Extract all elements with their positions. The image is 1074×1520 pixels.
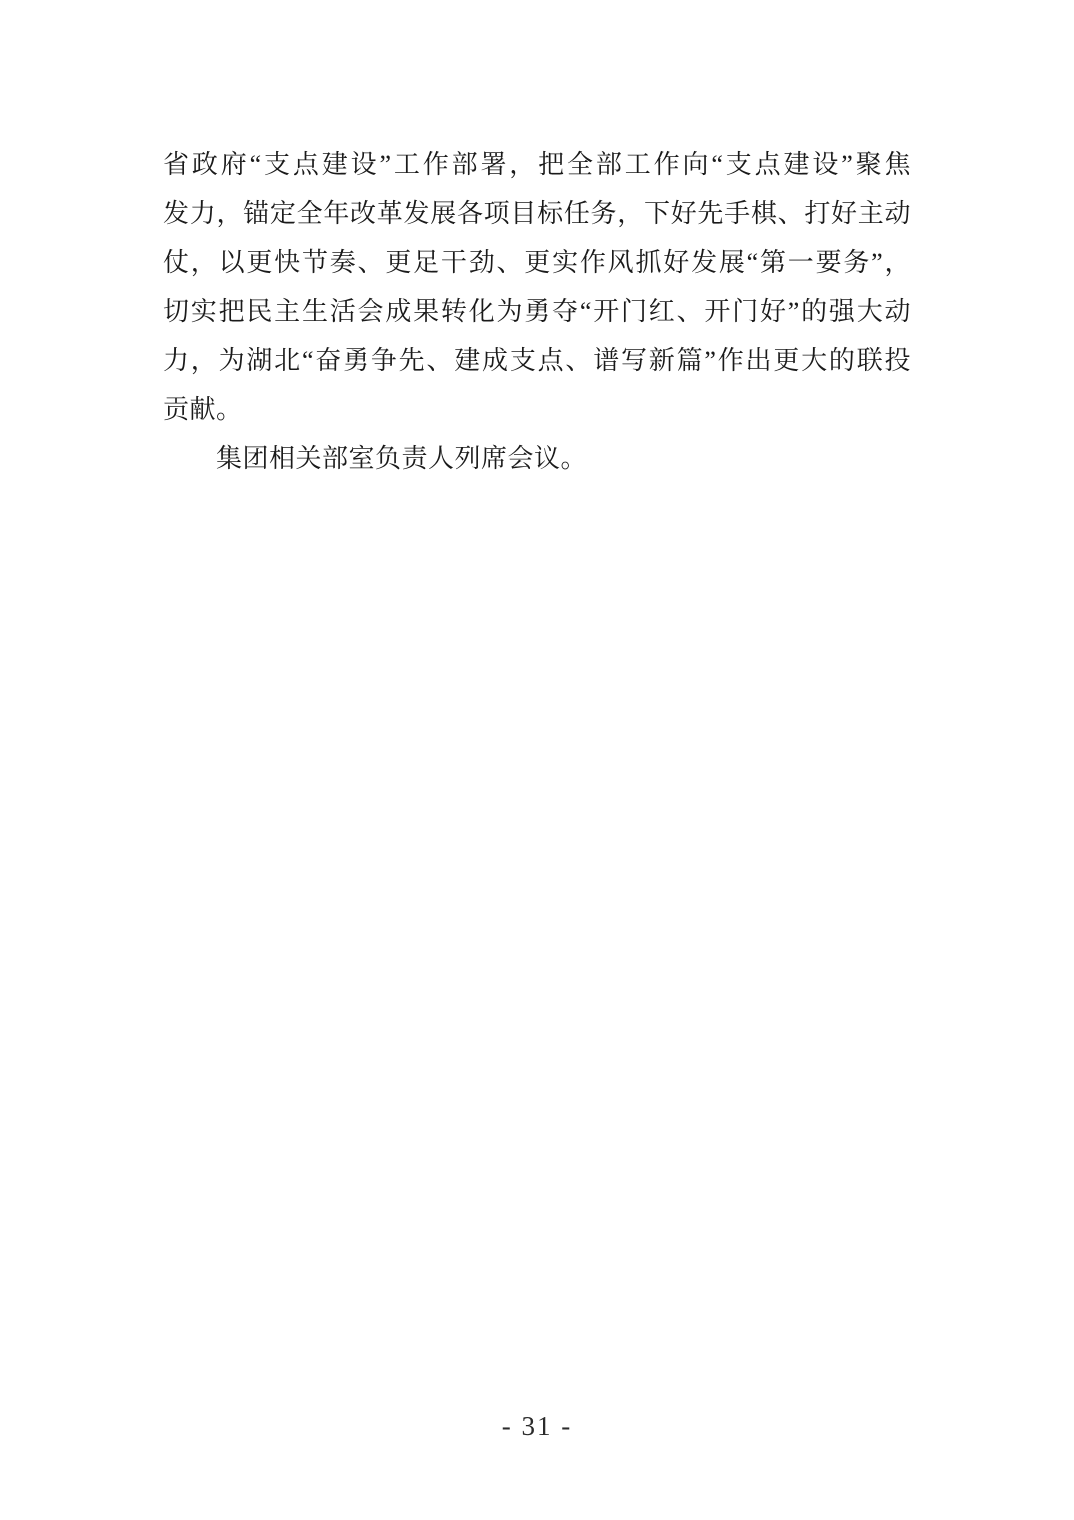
paragraph1-line-6: 贡献。 (163, 385, 911, 434)
paragraph1-line-4: 切实把民主生活会成果转化为勇夺“开门红、开门好”的强大动 (163, 287, 911, 336)
body-text-block: 省政府“支点建设”工作部署，把全部工作向“支点建设”聚焦 发力，锚定全年改革发展… (163, 140, 911, 483)
paragraph1-line-1: 省政府“支点建设”工作部署，把全部工作向“支点建设”聚焦 (163, 140, 911, 189)
paragraph1-line-5: 力，为湖北“奋勇争先、建成支点、谱写新篇”作出更大的联投 (163, 336, 911, 385)
document-page: 省政府“支点建设”工作部署，把全部工作向“支点建设”聚焦 发力，锚定全年改革发展… (0, 0, 1074, 1520)
paragraph2: 集团相关部室负责人列席会议。 (163, 434, 911, 483)
paragraph1-line-2: 发力，锚定全年改革发展各项目标任务，下好先手棋、打好主动 (163, 189, 911, 238)
paragraph1-line-3: 仗，以更快节奏、更足干劲、更实作风抓好发展“第一要务”， (163, 238, 911, 287)
page-number: - 31 - (0, 1406, 1074, 1446)
